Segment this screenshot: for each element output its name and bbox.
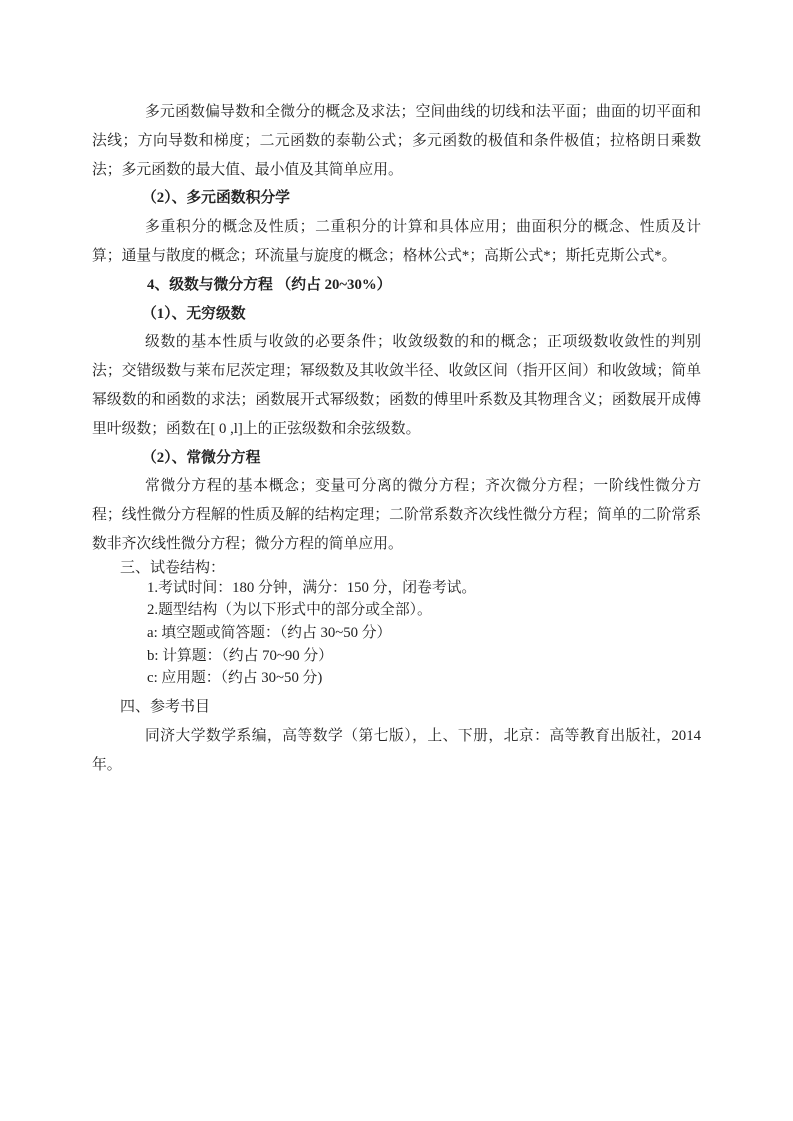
document-page: 多元函数偏导数和全微分的概念及求法；空间曲线的切线和法平面；曲面的切平面和法线；…	[0, 0, 793, 1121]
exam-structure-item-fill-in-blank: a: 填空题或简答题：（约占 30~50 分）	[147, 622, 701, 645]
para-multivar-integral-calculus: 多重积分的概念及性质；二重积分的计算和具体应用；曲面积分的概念、性质及计算；通量…	[92, 213, 701, 271]
exam-structure-item-application: c: 应用题：（约占 30~50 分)	[147, 667, 701, 690]
heading-exam-paper-structure: 三、试卷结构：	[120, 559, 701, 577]
para-ordinary-differential-equations: 常微分方程的基本概念；变量可分离的微分方程；齐次微分方程；一阶线性微分方程；线性…	[92, 472, 701, 558]
heading-series-and-ode: 4、级数与微分方程 （约占 20~30%）	[147, 271, 701, 300]
para-infinite-series: 级数的基本性质与收敛的必要条件；收敛级数的和的概念；正项级数收敛性的判别法；交错…	[92, 328, 701, 443]
heading-infinite-series: （1）、无穷级数	[142, 300, 701, 329]
exam-structure-item-question-types: 2.题型结构（为以下形式中的部分或全部）。	[147, 599, 701, 622]
syllabus-content: 多元函数偏导数和全微分的概念及求法；空间曲线的切线和法平面；曲面的切平面和法线；…	[92, 98, 701, 779]
heading-ordinary-differential-equations: （2）、常微分方程	[142, 444, 701, 473]
para-reference-book: 同济大学数学系编，高等数学（第七版），上、下册，北京：高等教育出版社，2014 …	[92, 722, 701, 780]
heading-multivar-integral-calculus: （2）、多元函数积分学	[142, 184, 701, 213]
exam-structure-item-calculation: b: 计算题：（约占 70~90 分）	[147, 645, 701, 668]
exam-structure-item-duration: 1.考试时间：180 分钟，满分：150 分，闭卷考试。	[147, 577, 701, 600]
heading-reference-books: 四、参考书目	[120, 697, 701, 718]
para-multivar-differential-calculus: 多元函数偏导数和全微分的概念及求法；空间曲线的切线和法平面；曲面的切平面和法线；…	[92, 98, 701, 184]
